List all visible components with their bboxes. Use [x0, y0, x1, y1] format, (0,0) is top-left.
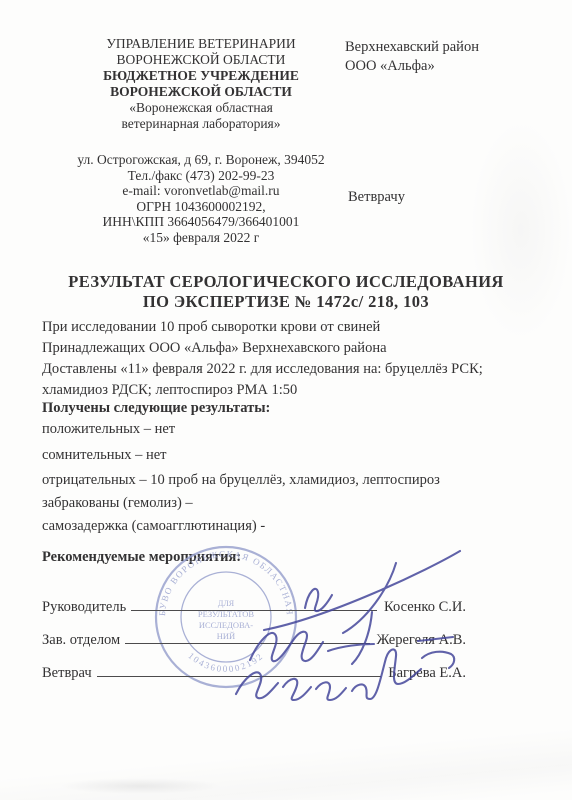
org-line: ВОРОНЕЖСКОЙ ОБЛАСТИ: [56, 52, 346, 68]
contact-line: e-mail: voronvetlab@mail.ru: [56, 183, 346, 199]
recipient-district: Верхнехавский район: [345, 38, 479, 57]
contact-line: ОГРН 1043600002192,: [56, 199, 346, 215]
signature-ink-vet: [422, 652, 454, 668]
contact-line: ул. Острогожская, д 69, г. Воронеж, 3940…: [56, 152, 346, 168]
body-line: хламидиоз РДСК; лептоспироз РМА 1:50: [42, 380, 547, 401]
scan-smudge: [60, 778, 220, 794]
result-line: положительных – нет: [42, 421, 547, 438]
contact-line: Тел./факс (473) 202-99-23: [56, 168, 346, 184]
org-line: УПРАВЛЕНИЕ ВЕТЕРИНАРИИ: [56, 36, 346, 52]
body-line: Доставлены «11» февраля 2022 г. для иссл…: [42, 359, 547, 380]
signature-role: Руководитель: [42, 599, 126, 616]
result-line: забракованы (гемолиз) –: [42, 495, 547, 512]
recipient-company: ООО «Альфа»: [345, 57, 479, 76]
org-line: «Воронежская областная: [56, 100, 346, 116]
document-page: УПРАВЛЕНИЕ ВЕТЕРИНАРИИ ВОРОНЕЖСКОЙ ОБЛАС…: [0, 0, 572, 800]
contact-line: «15» февраля 2022 г: [56, 230, 346, 246]
signature-ink-head: [328, 644, 374, 651]
signature-role: Зав. отделом: [42, 632, 120, 649]
signature-ink-director: [343, 563, 396, 633]
org-line: ВОРОНЕЖСКОЙ ОБЛАСТИ: [56, 84, 346, 100]
signature-role: Ветврач: [42, 665, 92, 682]
body-line: Принадлежащих ООО «Альфа» Верхнехавского…: [42, 338, 547, 359]
org-header: УПРАВЛЕНИЕ ВЕТЕРИНАРИИ ВОРОНЕЖСКОЙ ОБЛАС…: [56, 36, 346, 132]
result-line: отрицательных – 10 проб на бруцеллёз, хл…: [42, 472, 547, 489]
signature-ink-head: [250, 632, 323, 661]
contact-line: ИНН\КПП 3664056479/366401001: [56, 214, 346, 230]
scan-smudge: [470, 120, 572, 340]
result-line: сомнительных – нет: [42, 447, 547, 464]
contacts-block: ул. Острогожская, д 69, г. Воронеж, 3940…: [56, 152, 346, 245]
recipient-block: Верхнехавский район ООО «Альфа»: [345, 38, 479, 76]
signature-ink-head: [418, 637, 453, 641]
org-line: ветеринарная лаборатория»: [56, 116, 346, 132]
addressee: Ветврачу: [348, 189, 405, 206]
result-line: самозадержка (самоагглютинация) -: [42, 518, 547, 535]
org-line: БЮДЖЕТНОЕ УЧРЕЖДЕНИЕ: [56, 68, 346, 84]
results-heading: Получены следующие результаты:: [42, 400, 547, 417]
signature-ink-director: [305, 589, 332, 611]
